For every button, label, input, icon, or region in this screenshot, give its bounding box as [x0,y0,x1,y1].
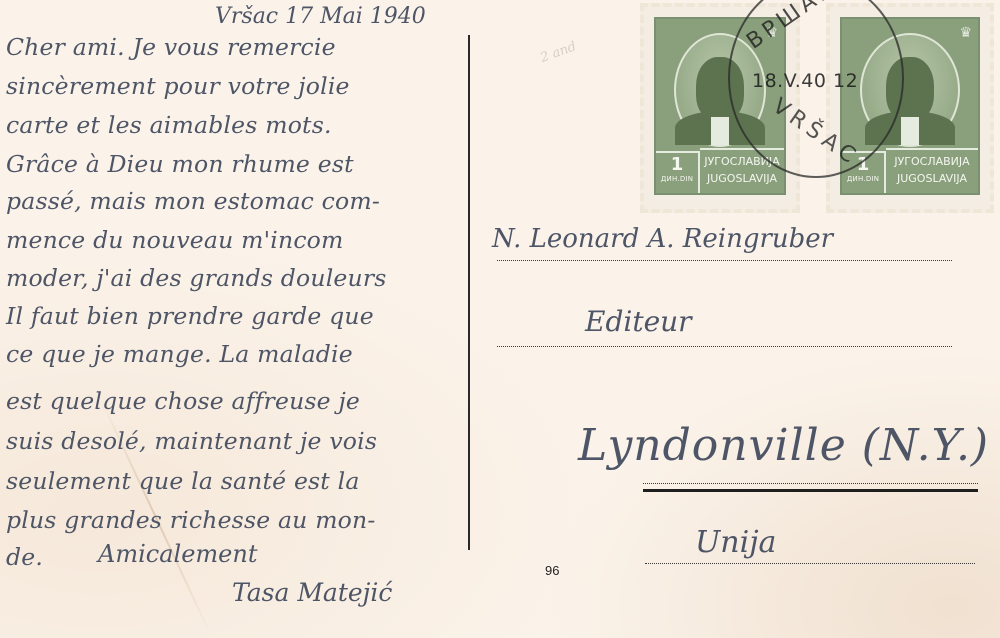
stamp-country: ЈУГОСЛАВИЈА JUGOSLAVIJA [886,148,978,193]
message-line: Cher ami. Je vous remercie [6,33,336,61]
card-number: 96 [545,563,559,578]
stamp-value-number: 1 [656,155,698,175]
address-dotted-line [645,563,975,564]
faint-pencil-note: 2 and [539,39,579,66]
message-line: passé, mais mon estomac com- [6,187,380,215]
message-line: plus grandes richesse au mon- [6,506,376,534]
recipient-country: Unija [695,525,776,560]
stamp-country-latin: JUGOSLAVIJA [700,170,784,187]
message-line: est quelque chose affreuse je [6,387,360,415]
message-line: sincèrement pour votre jolie [6,72,350,100]
portrait-collar [711,117,729,145]
message-line: Il faut bien prendre garde que [6,302,374,330]
stamp-country-latin: JUGOSLAVIJA [886,170,978,187]
message-line: carte et les aimables mots. [6,111,332,139]
address-dotted-line [497,346,952,347]
message-address-divider [468,35,470,550]
letter-signature: Tasa Matejić [232,578,392,607]
stamp-country-cyrillic: ЈУГОСЛАВИЈА [886,153,978,170]
postcard-back: 2 and Vršac 17 Mai 1940 Cher ami. Je vou… [0,0,1000,638]
message-line: seulement que la santé est la [6,467,360,495]
city-underline [643,489,978,492]
stamp-value: 1 ДИН.DIN [656,151,700,193]
message-line: mence du nouveau m'incom [6,226,344,254]
recipient-name: N. Leonard A. Reingruber [492,224,833,254]
message-line: de. [6,543,43,571]
recipient-city: Lyndonville (N.Y.) [578,420,989,471]
recipient-title: Editeur [585,305,692,338]
stamp-currency: ДИН.DIN [656,175,698,183]
portrait-collar [901,117,919,145]
message-line: moder, j'ai des grands douleurs [6,264,387,292]
postmark-date: 18.V.40 12 [752,70,858,92]
stamp-currency: ДИН.DIN [842,175,884,183]
crown-icon: ♛ [959,25,972,41]
address-dotted-line [497,260,952,261]
letter-date: Vršac 17 Mai 1940 [215,4,426,29]
message-line: suis desolé, maintenant je vois [6,427,377,455]
message-line: ce que je mange. La maladie [6,340,353,368]
letter-closing: Amicalement [98,540,257,568]
address-dotted-line [643,483,978,484]
message-line: Grâce à Dieu mon rhume est [6,150,354,178]
